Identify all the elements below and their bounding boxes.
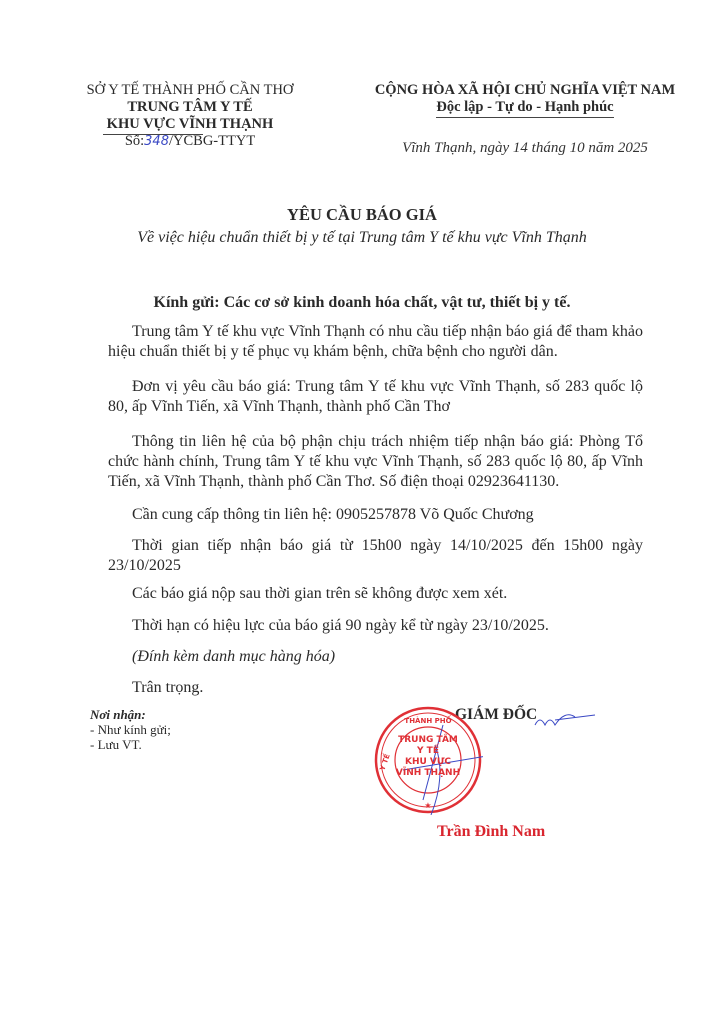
svg-text:★: ★ [424, 801, 431, 810]
recipients-block: Nơi nhận: - Như kính gửi; - Lưu VT. [90, 707, 171, 752]
signature-scribble-icon [495, 705, 605, 735]
paragraph-validity: Thời hạn có hiệu lực của báo giá 90 ngày… [132, 617, 549, 635]
paragraph-contact-dept: Thông tin liên hệ của bộ phận chịu trách… [108, 432, 643, 492]
paragraph-requesting-unit: Đơn vị yêu cầu báo giá: Trung tâm Y tế k… [108, 377, 643, 417]
document-title: YÊU CẦU BÁO GIÁ [0, 205, 724, 225]
recipient-item: - Lưu VT. [90, 737, 171, 752]
national-header: CỘNG HÒA XÃ HỘI CHỦ NGHĨA VIỆT NAM Độc l… [350, 82, 700, 118]
recipient-item: - Như kính gửi; [90, 722, 171, 737]
closing: Trân trọng. [132, 679, 203, 697]
document-date: Vĩnh Thạnh, ngày 14 tháng 10 năm 2025 [350, 140, 700, 157]
document-subject: Về việc hiệu chuẩn thiết bị y tế tại Tru… [0, 229, 724, 247]
paragraph-time-window: Thời gian tiếp nhận báo giá từ 15h00 ngà… [108, 536, 643, 576]
handwritten-number: 348 [144, 134, 169, 149]
issuing-authority-header: SỞ Y TẾ THÀNH PHỐ CẦN THƠ TRUNG TÂM Y TẾ… [60, 82, 320, 150]
svg-text:THÀNH PHỐ: THÀNH PHỐ [404, 715, 451, 725]
national-motto: Độc lập - Tự do - Hạnh phúc [436, 99, 613, 118]
official-seal: ★ THÀNH PHỐ Y TẾ TRUNG TÂM Y TẾ KHU VỰC … [373, 705, 483, 815]
recipients-heading: Nơi nhận: [90, 707, 171, 722]
document-number: Số:348/YCBG-TTYT [60, 133, 320, 150]
header-divider [103, 134, 203, 135]
paragraph-contact-person: Cần cung cấp thông tin liên hệ: 09052578… [132, 506, 534, 524]
organization-district: KHU VỰC VĨNH THẠNH [60, 116, 320, 133]
paragraph-late-notice: Các báo giá nộp sau thời gian trên sẽ kh… [132, 585, 507, 603]
organization-name: TRUNG TÂM Y TẾ [60, 99, 320, 116]
seal-text: TRUNG TÂM Y TẾ KHU VỰC VĨNH THẠNH [373, 735, 483, 779]
paragraph-purpose: Trung tâm Y tế khu vực Vĩnh Thạnh có nhu… [108, 322, 643, 362]
attachment-note: (Đính kèm danh mục hàng hóa) [132, 648, 335, 666]
signatory-name: Trần Đình Nam [437, 823, 545, 841]
parent-agency: SỞ Y TẾ THÀNH PHỐ CẦN THƠ [60, 82, 320, 99]
country-name: CỘNG HÒA XÃ HỘI CHỦ NGHĨA VIỆT NAM [350, 82, 700, 99]
addressee: Kính gửi: Các cơ sở kinh doanh hóa chất,… [0, 294, 724, 312]
